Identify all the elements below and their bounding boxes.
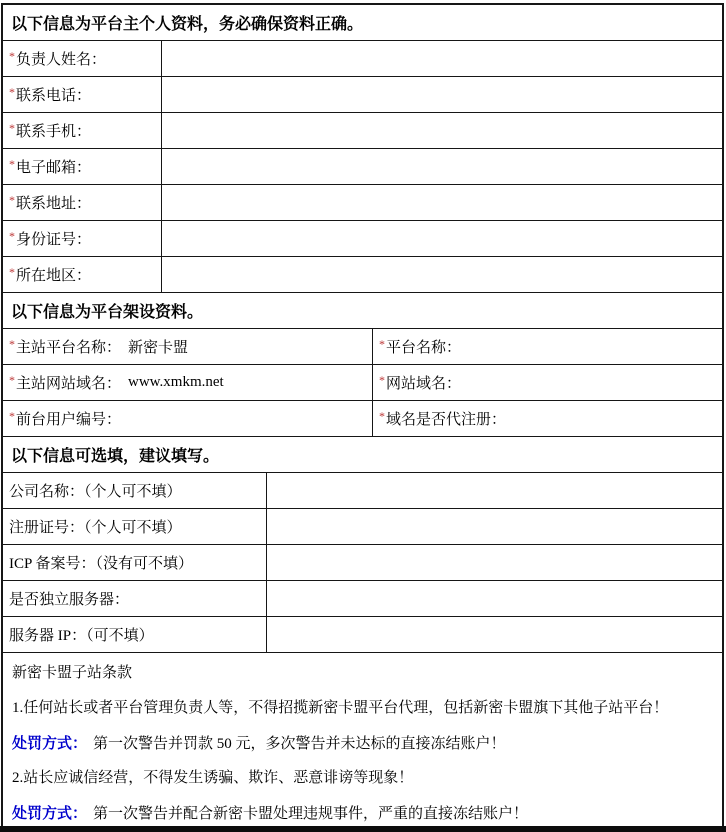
form-row-dedicated-server: 是否独立服务器： <box>3 581 722 617</box>
field-label: 电子邮箱： <box>16 156 91 177</box>
section1-header-text: 以下信息为平台主个人资料，务必确保资料正确。 <box>11 11 363 34</box>
field-label: 注册证号：（个人可不填） <box>9 516 182 537</box>
required-asterisk: * <box>9 122 15 134</box>
field-label-cell: 注册证号：（个人可不填） <box>3 509 267 544</box>
section2-header-text: 以下信息为平台架设资料。 <box>11 299 203 322</box>
field-label-cell: 公司名称：（个人可不填） <box>3 473 267 508</box>
field-label: 所在地区： <box>16 264 91 285</box>
form-row-mobile: * 联系手机： <box>3 113 722 149</box>
field-label: 是否独立服务器： <box>9 588 129 609</box>
required-asterisk: * <box>9 86 15 98</box>
company-name-input-cell[interactable] <box>267 473 722 508</box>
required-asterisk: * <box>9 50 15 62</box>
field-label: 负责人姓名： <box>16 48 106 69</box>
required-asterisk: * <box>9 374 15 386</box>
required-asterisk: * <box>9 410 15 422</box>
required-asterisk: * <box>379 338 385 350</box>
main-platform-name-value: 新密卡盟 <box>128 336 188 357</box>
email-input-cell[interactable] <box>162 149 722 184</box>
field-label: 公司名称：（个人可不填） <box>9 480 182 501</box>
dedicated-server-input-cell[interactable] <box>267 581 722 616</box>
field-label-cell: ICP 备案号：（没有可不填） <box>3 545 267 580</box>
form-row-email: * 电子邮箱： <box>3 149 722 185</box>
form-row-registration-number: 注册证号：（个人可不填） <box>3 509 722 545</box>
penalty-text: 第一次警告并配合新密卡盟处理违规事件，严重的直接冻结账户！ <box>93 806 528 822</box>
address-input-cell[interactable] <box>162 185 722 220</box>
field-label: 网站域名： <box>386 372 461 393</box>
field-label-cell: * 联系地址： <box>3 185 162 220</box>
required-asterisk: * <box>9 194 15 206</box>
form-table: 以下信息为平台主个人资料，务必确保资料正确。 * 负责人姓名： * 联系电话： … <box>1 3 724 830</box>
mobile-input-cell[interactable] <box>162 113 722 148</box>
field-label-cell: 是否独立服务器： <box>3 581 267 616</box>
field-label: 身份证号： <box>16 228 91 249</box>
terms-section: 新密卡盟子站条款 1.任何站长或者平台管理负责人等，不得招揽新密卡盟平台代理，包… <box>3 653 722 828</box>
page-bottom-bar <box>0 826 726 832</box>
region-input-cell[interactable] <box>162 257 722 292</box>
document-page: 以下信息为平台主个人资料，务必确保资料正确。 * 负责人姓名： * 联系电话： … <box>0 0 726 832</box>
server-ip-input-cell[interactable] <box>267 617 722 652</box>
field-label: 联系地址： <box>16 192 91 213</box>
contact-phone-input-cell[interactable] <box>162 77 722 112</box>
domain-proxy-register-input-cell[interactable]: * 域名是否代注册： <box>373 401 722 436</box>
main-platform-name-cell: * 主站平台名称： 新密卡盟 <box>3 329 373 364</box>
section1-header: 以下信息为平台主个人资料，务必确保资料正确。 <box>3 5 722 41</box>
field-label-cell: * 电子邮箱： <box>3 149 162 184</box>
platform-name-input-cell[interactable]: * 平台名称： <box>373 329 722 364</box>
section2-header: 以下信息为平台架设资料。 <box>3 293 722 329</box>
terms-title: 新密卡盟子站条款 <box>12 656 712 691</box>
terms-rule-1: 1.任何站长或者平台管理负责人等，不得招揽新密卡盟平台代理，包括新密卡盟旗下其他… <box>12 691 712 726</box>
field-label: 平台名称： <box>386 336 461 357</box>
field-label: 前台用户编号： <box>16 408 121 429</box>
main-domain-value: www.xmkm.net <box>128 374 224 391</box>
field-label: 域名是否代注册： <box>386 408 506 429</box>
field-label-cell: * 所在地区： <box>3 257 162 292</box>
form-row-company-name: 公司名称：（个人可不填） <box>3 473 722 509</box>
form-row-server-ip: 服务器 IP：（可不填） <box>3 617 722 653</box>
penalty-label: 处罚方式： <box>12 735 87 752</box>
penalty-text: 第一次警告并罚款 50 元，多次警告并未达标的直接冻结账户！ <box>93 736 506 752</box>
required-asterisk: * <box>9 266 15 278</box>
terms-penalty-1: 处罚方式：第一次警告并罚款 50 元，多次警告并未达标的直接冻结账户！ <box>12 726 712 761</box>
field-label-cell: * 负责人姓名： <box>3 41 162 76</box>
required-asterisk: * <box>379 410 385 422</box>
field-label: 主站网站域名： <box>16 372 121 393</box>
required-asterisk: * <box>379 374 385 386</box>
form-row-manager-name: * 负责人姓名： <box>3 41 722 77</box>
icp-number-input-cell[interactable] <box>267 545 722 580</box>
section3-header: 以下信息可选填，建议填写。 <box>3 437 722 473</box>
field-label: 服务器 IP：（可不填） <box>9 624 154 645</box>
form-row-region: * 所在地区： <box>3 257 722 293</box>
front-user-id-input-cell[interactable]: * 前台用户编号： <box>3 401 373 436</box>
required-asterisk: * <box>9 338 15 350</box>
site-domain-input-cell[interactable]: * 网站域名： <box>373 365 722 400</box>
field-label-cell: * 联系手机： <box>3 113 162 148</box>
registration-number-input-cell[interactable] <box>267 509 722 544</box>
form-row-contact-phone: * 联系电话： <box>3 77 722 113</box>
penalty-label: 处罚方式： <box>12 805 87 822</box>
id-number-input-cell[interactable] <box>162 221 722 256</box>
manager-name-input-cell[interactable] <box>162 41 722 76</box>
form-row-front-user-id: * 前台用户编号： * 域名是否代注册： <box>3 401 722 437</box>
form-row-main-domain: * 主站网站域名： www.xmkm.net * 网站域名： <box>3 365 722 401</box>
field-label-cell: * 身份证号： <box>3 221 162 256</box>
section3-header-text: 以下信息可选填，建议填写。 <box>11 443 219 466</box>
field-label: 联系手机： <box>16 120 91 141</box>
form-row-icp-number: ICP 备案号：（没有可不填） <box>3 545 722 581</box>
field-label-cell: * 联系电话： <box>3 77 162 112</box>
main-domain-cell: * 主站网站域名： www.xmkm.net <box>3 365 373 400</box>
field-label-cell: 服务器 IP：（可不填） <box>3 617 267 652</box>
field-label: 联系电话： <box>16 84 91 105</box>
form-row-main-platform-name: * 主站平台名称： 新密卡盟 * 平台名称： <box>3 329 722 365</box>
required-asterisk: * <box>9 158 15 170</box>
form-row-address: * 联系地址： <box>3 185 722 221</box>
form-row-id-number: * 身份证号： <box>3 221 722 257</box>
field-label: 主站平台名称： <box>16 336 121 357</box>
terms-rule-2: 2.站长应诚信经营，不得发生诱骗、欺诈、恶意诽谤等现象！ <box>12 761 712 796</box>
required-asterisk: * <box>9 230 15 242</box>
field-label: ICP 备案号：（没有可不填） <box>9 552 193 573</box>
